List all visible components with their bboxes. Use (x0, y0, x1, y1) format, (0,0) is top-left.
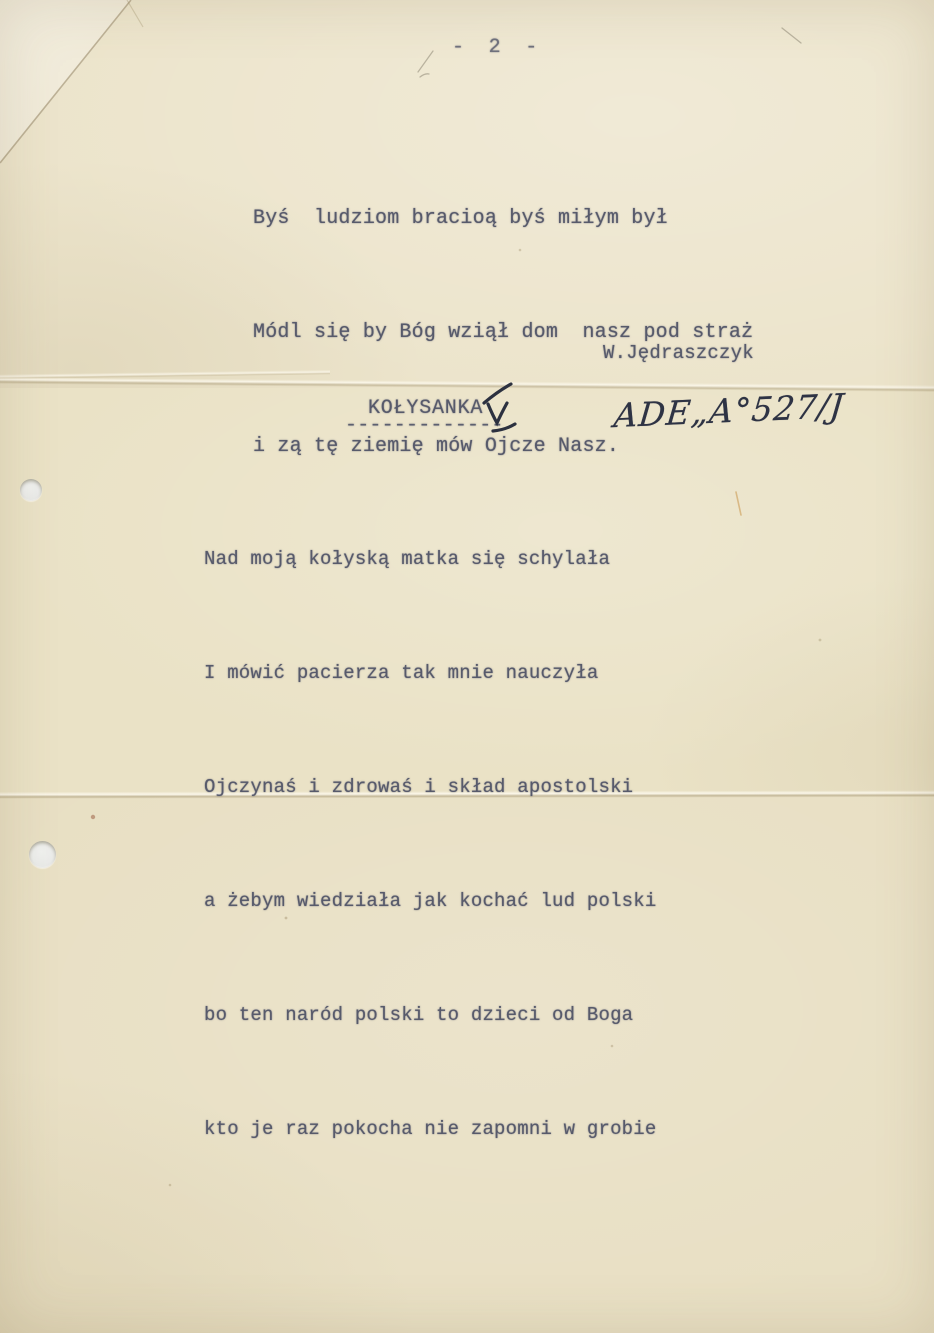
punch-hole-top (20, 479, 42, 501)
author-signature: W.Jędraszczyk (603, 342, 754, 364)
stanza-main-line-3: Ojczynaś i zdrowaś i skład apostolski (204, 768, 656, 806)
stanza-main-line-2: I mówić pacierza tak mnie nauczyła (204, 654, 656, 692)
stanza-main-line-4: a żebym wiedziała jak kochać lud polski (204, 882, 656, 920)
stanza-main: Nad moją kołyską matka się schylała I mó… (204, 464, 656, 1224)
scanned-document-page: - 2 - Byś ludziom bracioą byś miłym był … (0, 0, 934, 1333)
page-number: - 2 - (452, 36, 537, 59)
stanza-main-line-1: Nad moją kołyską matka się schylała (204, 540, 656, 578)
stanza-top-line-1: Byś ludziom bracioą byś miłym był (253, 200, 753, 238)
title-underline: ------------- (345, 414, 504, 437)
punch-hole-bottom (29, 841, 56, 868)
stanza-main-line-5: bo ten naród polski to dzieci od Boga (204, 996, 656, 1034)
stanza-main-line-6: kto je raz pokocha nie zapomni w grobie (204, 1110, 656, 1148)
